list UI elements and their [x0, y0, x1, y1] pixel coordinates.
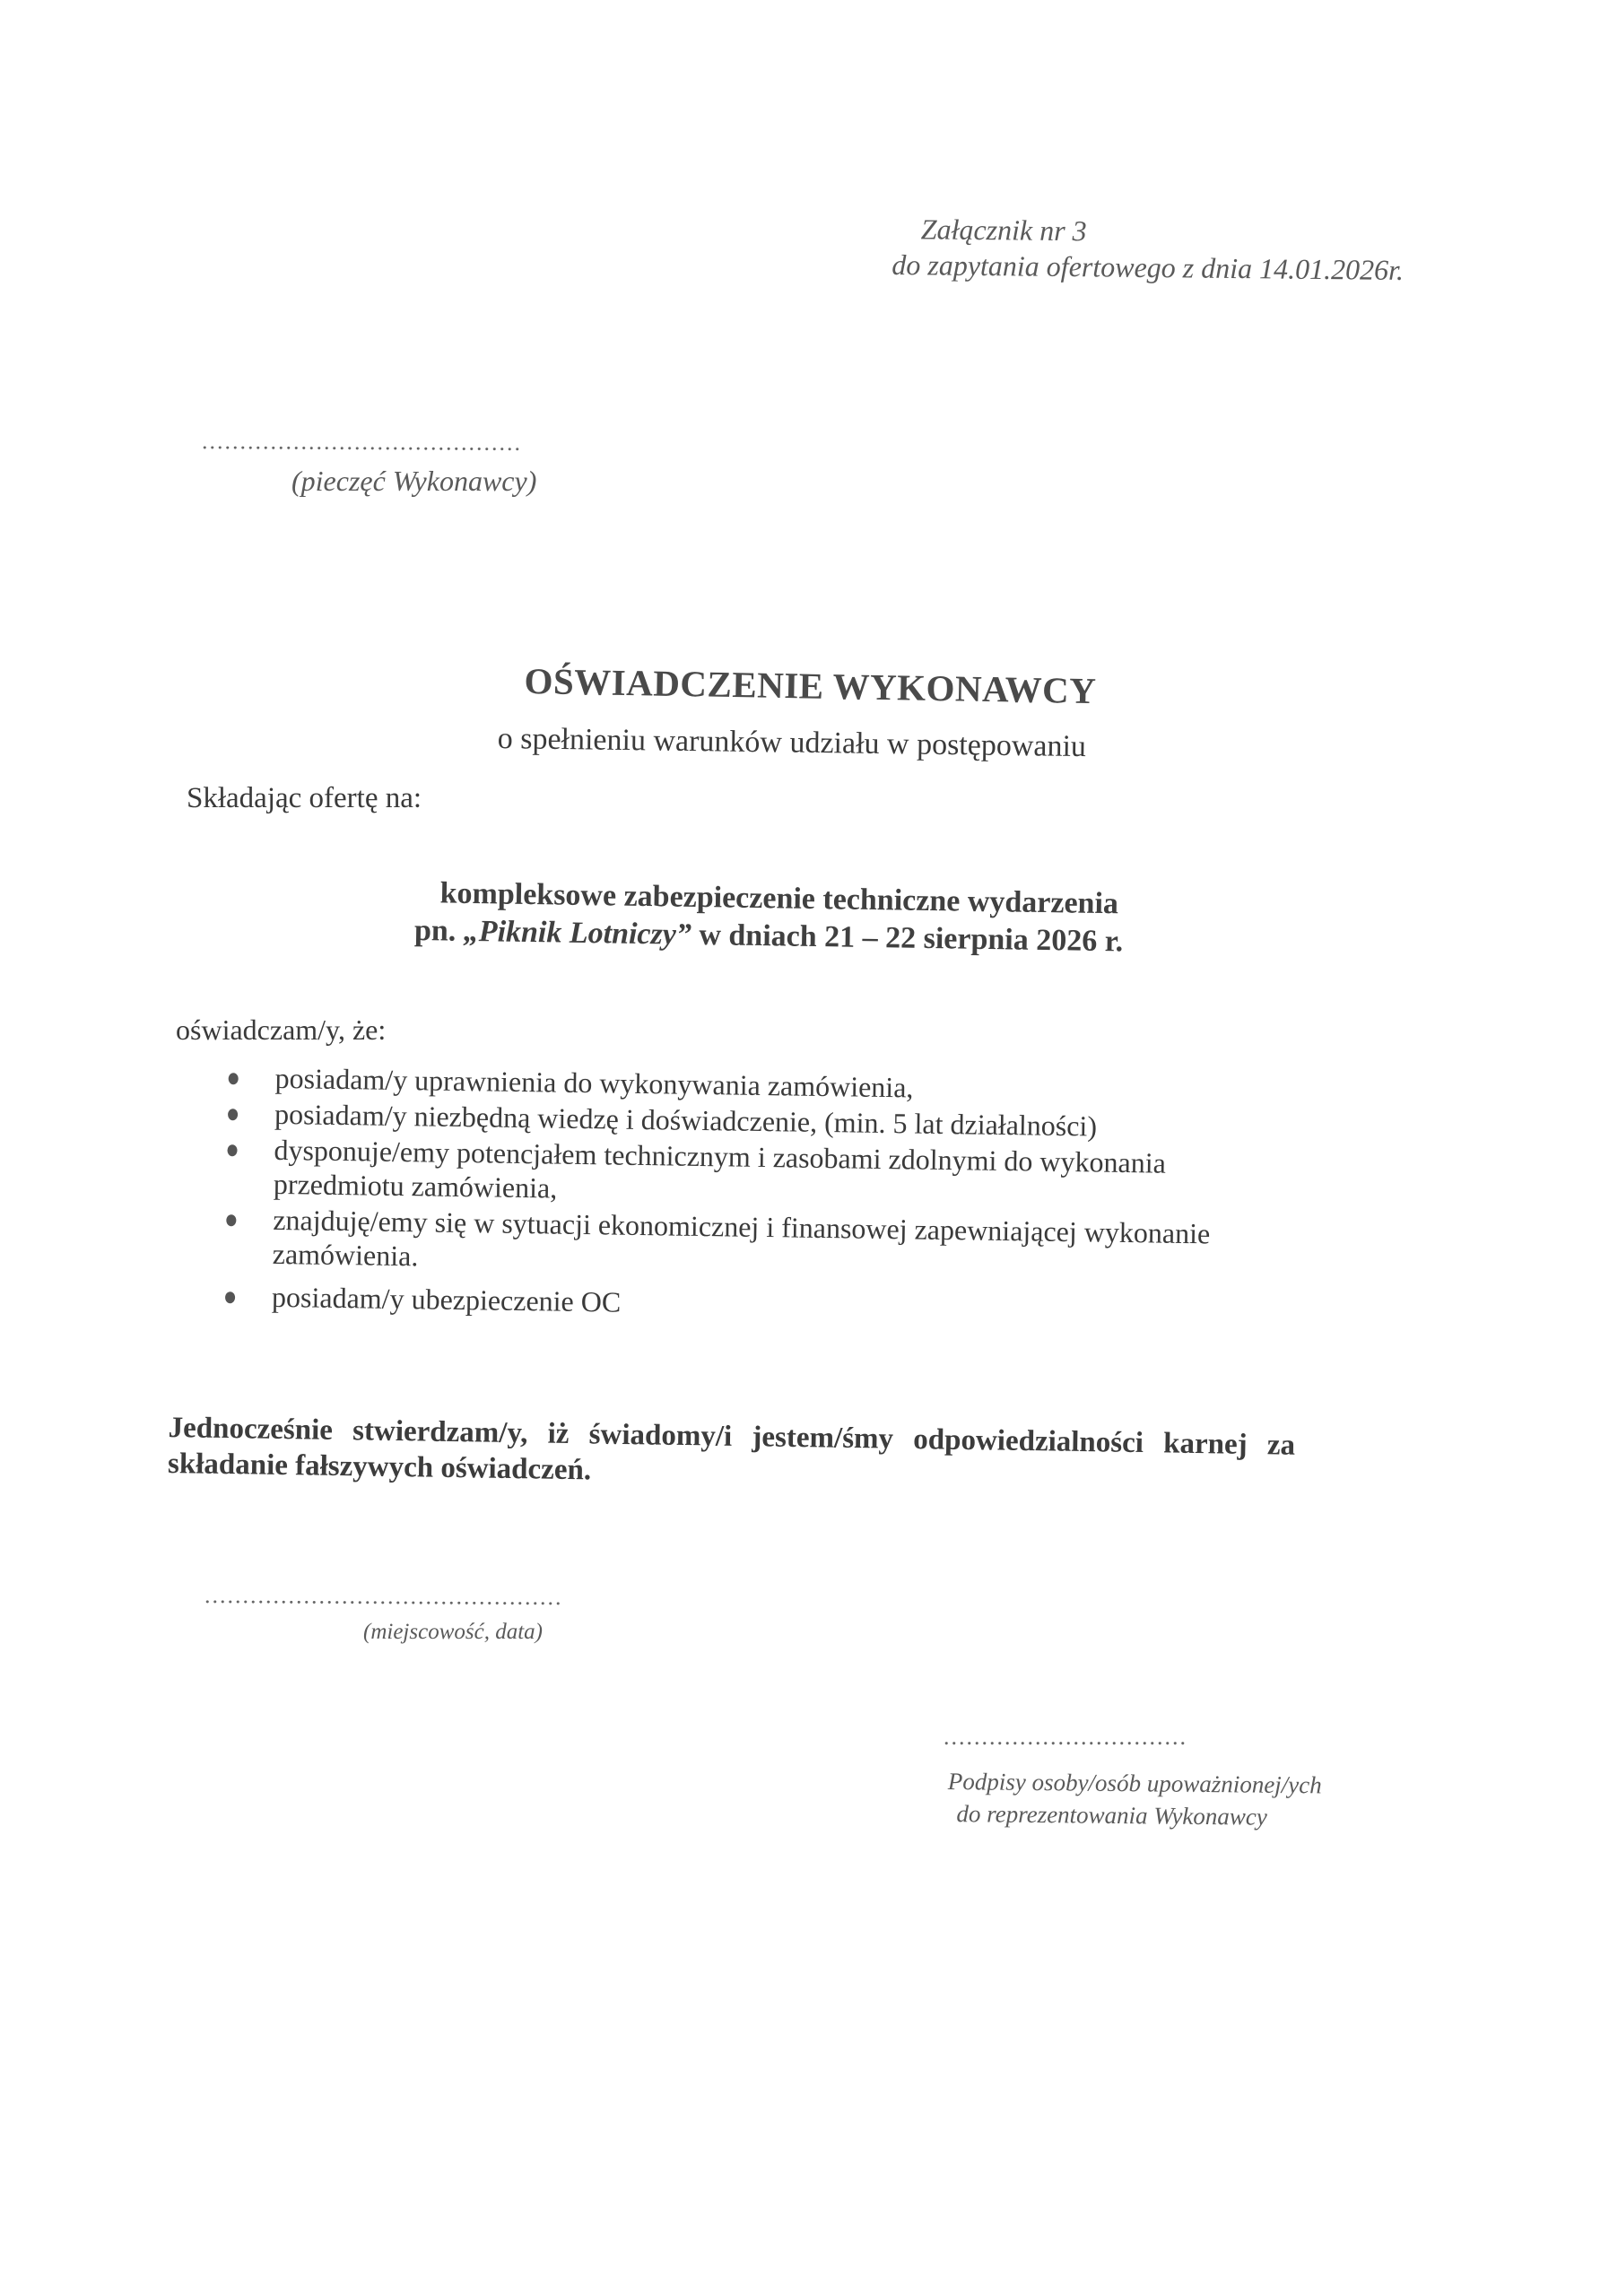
signature-label-line-2: do reprezentowania Wykonawcy — [947, 1797, 1321, 1833]
bullet-icon — [226, 1214, 236, 1226]
annex-number: Załącznik nr 3 — [892, 211, 1405, 252]
signature-label-line-1: Podpisy osoby/osób upoważnionej/ych — [948, 1765, 1322, 1801]
annex-header: Załącznik nr 3 do zapytania ofertowego z… — [891, 211, 1404, 288]
liability-statement: Jednocześnie stwierdzam/y, iż świadomy/i… — [168, 1410, 1296, 1500]
offer-subject: kompleksowe zabezpieczenie techniczne wy… — [414, 874, 1125, 961]
stamp-label: (pieczęć Wykonawcy) — [291, 465, 536, 498]
bullet-icon — [227, 1144, 237, 1156]
offer-label: Składając ofertę na: — [187, 782, 422, 815]
bullet-icon — [228, 1109, 238, 1120]
document-subtitle: o spełnieniu warunków udziału w postępow… — [497, 722, 1086, 764]
event-dates: w dniach 21 – 22 sierpnia 2026 r. — [691, 918, 1124, 959]
list-item: posiadam/y ubezpieczenie OC — [216, 1279, 1209, 1327]
event-name: „Piknik Lotniczy” — [464, 915, 692, 952]
signature-dotted-line: ................................ — [944, 1724, 1187, 1751]
declarations-list: posiadam/y uprawnienia do wykonywania za… — [216, 1060, 1213, 1329]
annex-reference: do zapytania ofertowego z dnia 14.01.202… — [891, 247, 1404, 288]
stamp-dotted-line: ........................................… — [202, 428, 522, 457]
list-item: dysponuje/emy potencjałem technicznym i … — [218, 1132, 1212, 1214]
document-title: OŚWIADCZENIE WYKONAWCY — [524, 659, 1097, 712]
declaration-text: posiadam/y uprawnienia do wykonywania za… — [274, 1062, 913, 1104]
subject-prefix: pn. — [414, 914, 464, 948]
declaration-text: posiadam/y ubezpieczenie OC — [272, 1281, 622, 1318]
bullet-icon — [225, 1291, 235, 1303]
list-item: znajduję/emy się w sytuacji ekonomicznej… — [217, 1202, 1211, 1284]
bullet-icon — [229, 1073, 239, 1084]
signature-label: Podpisy osoby/osób upoważnionej/ych do r… — [947, 1765, 1322, 1833]
place-date-label: (miejscowość, data) — [363, 1620, 543, 1645]
place-date-dotted-line: ........................................… — [204, 1582, 563, 1611]
declaration-intro: oświadczam/y, że: — [176, 1013, 386, 1047]
